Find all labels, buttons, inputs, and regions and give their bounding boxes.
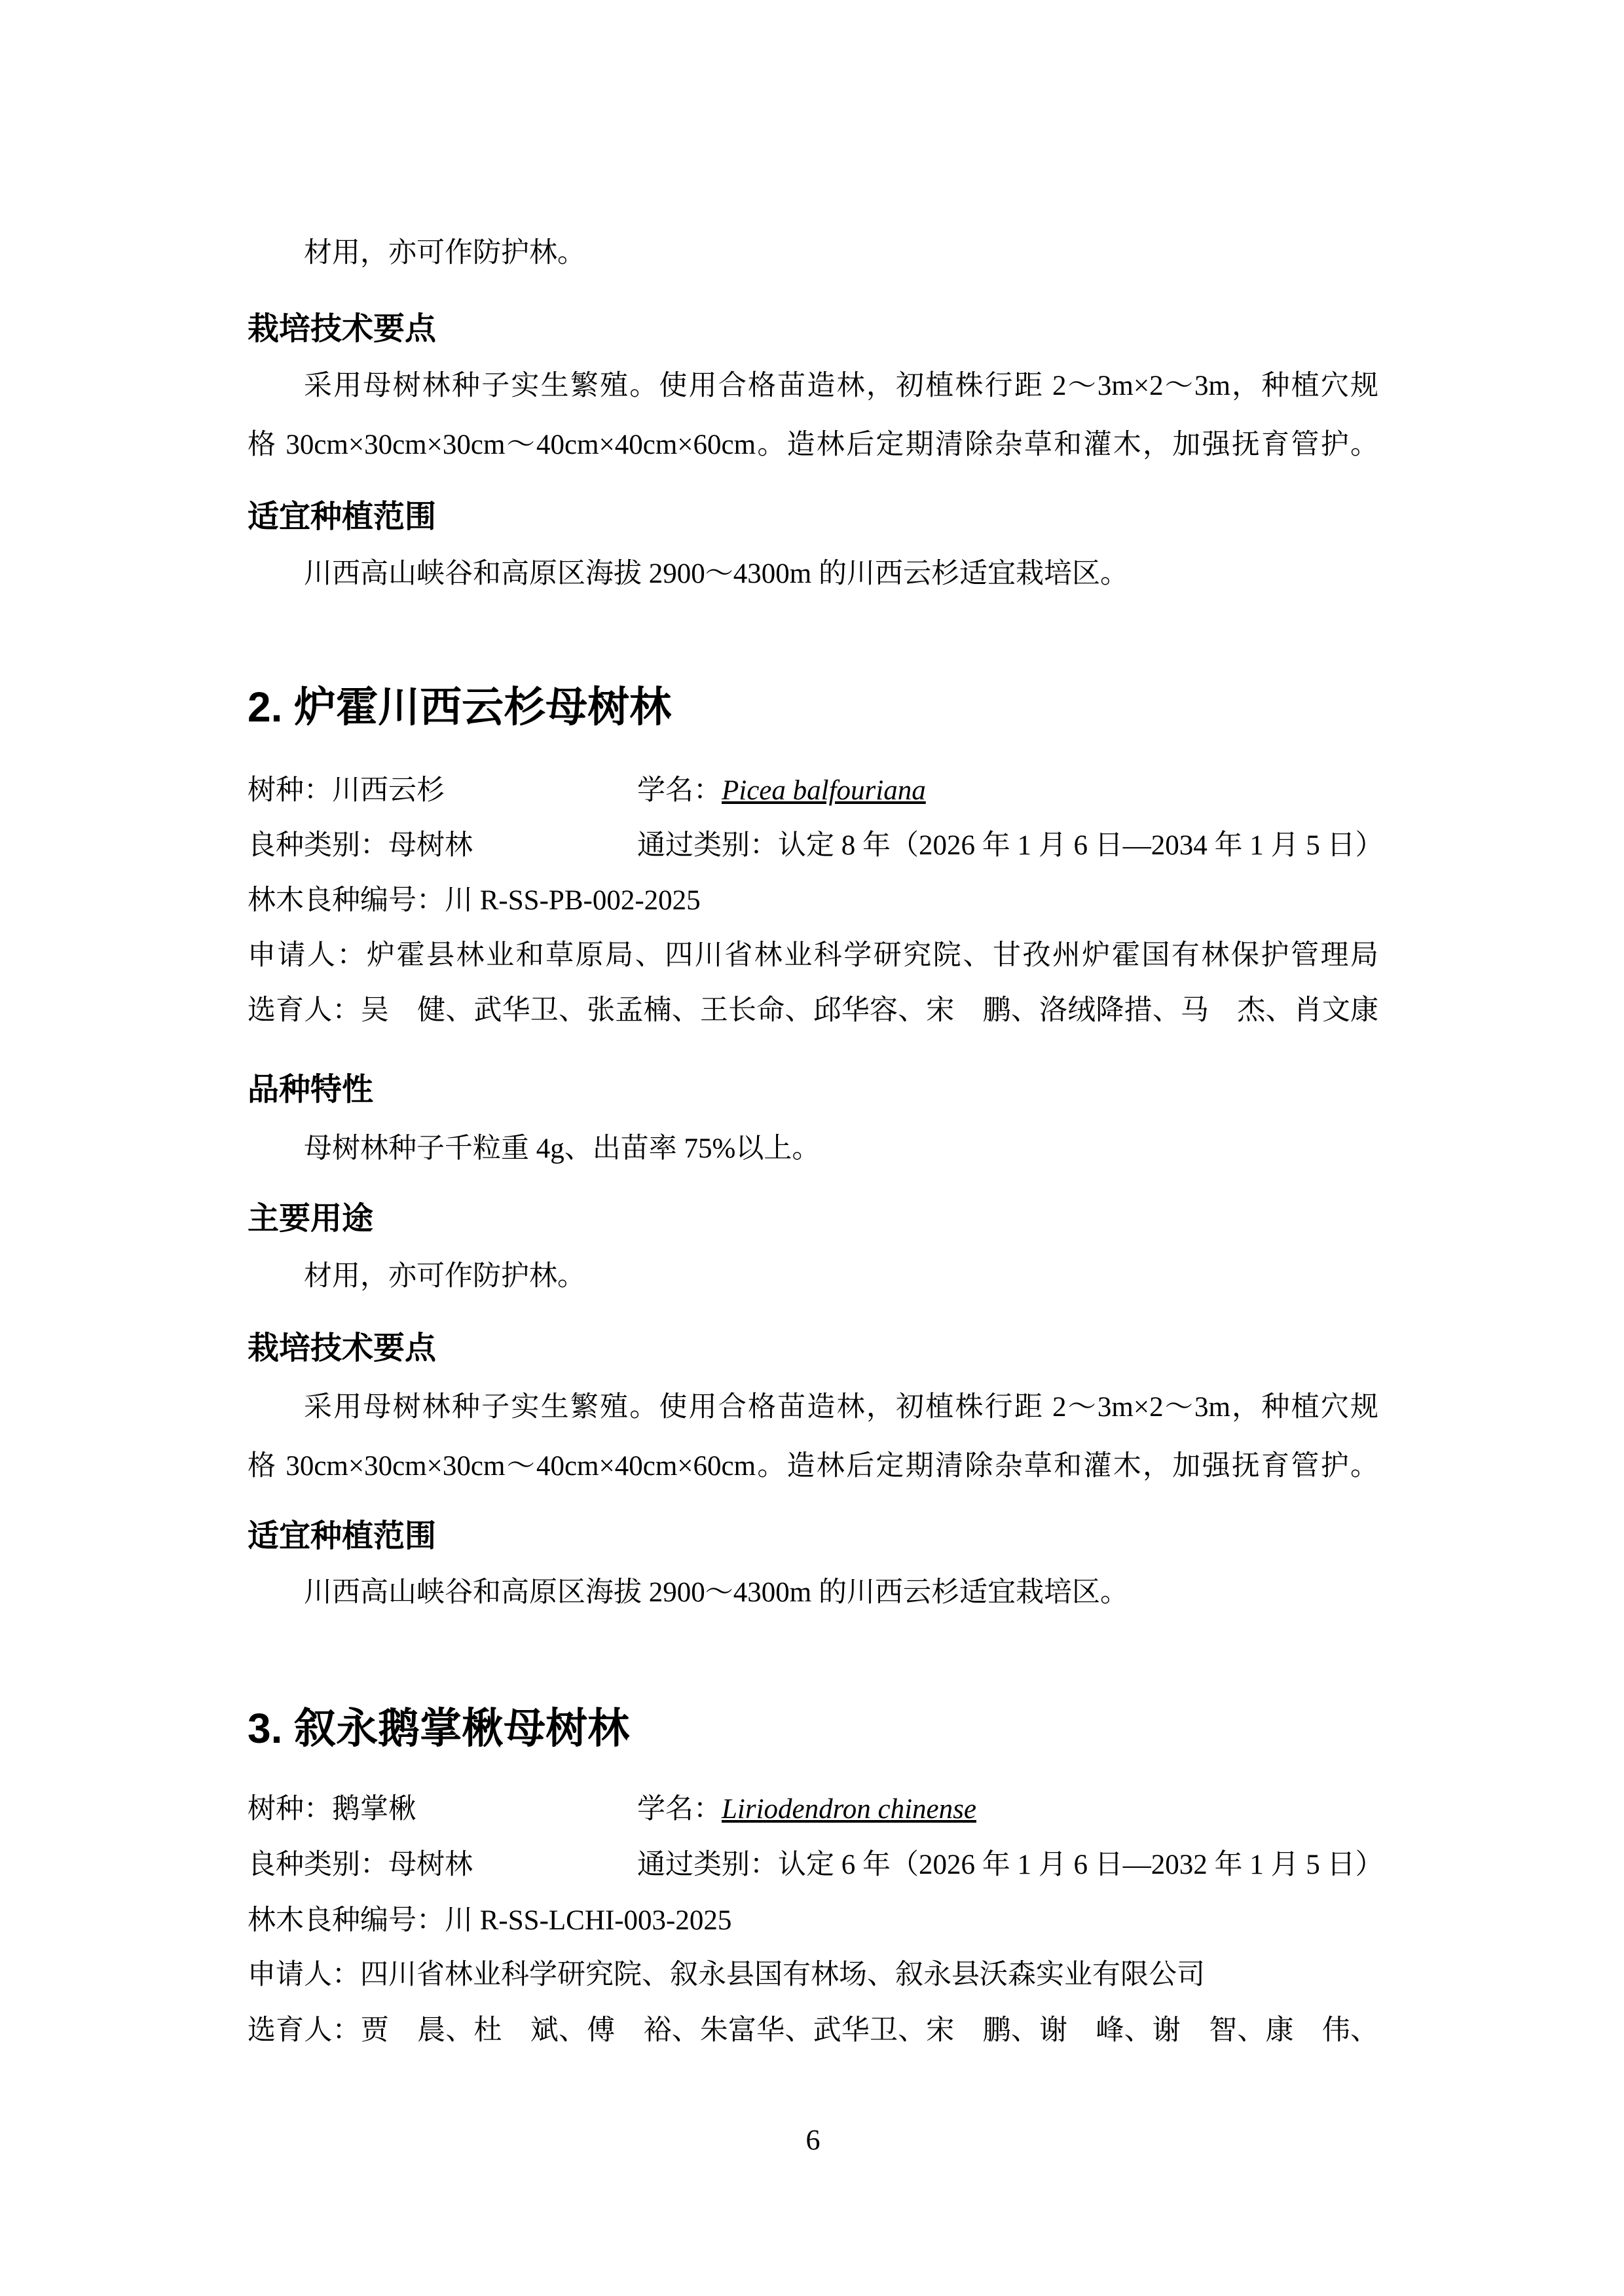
heading-cultivation-techniques: 栽培技术要点 [248,309,1378,350]
approval-category: 通过类别：认定 8 年（2026 年 1 月 6 日—2034 年 1 月 5 … [637,826,1384,866]
row-seed-code-entry-2: 林木良种编号：川 R-SS-PB-002-2025 [248,881,1378,920]
row-species-entry-2: 树种：川西云杉 学名：Picea balfouriana [248,771,1378,811]
heading-main-use: 主要用途 [248,1199,1378,1239]
page-content: 材用，亦可作防护林。 栽培技术要点 采用母树林种子实生繁殖。使用合格苗造林，初植… [0,0,1624,2160]
document-page: 材用，亦可作防护林。 栽培技术要点 采用母树林种子实生繁殖。使用合格苗造林，初植… [0,0,1624,2296]
variety-category: 良种类别：母树林 [248,830,473,861]
row-species-entry-3: 树种：鹅掌楸 学名：Liriodendron chinense [248,1790,1378,1829]
heading-suitable-planting-range: 适宜种植范围 [248,497,1378,538]
scientific-name-value-3: Liriodendron chinense [722,1794,976,1825]
scientific-name-label-3: 学名： [637,1794,722,1825]
heading-suitable-planting-range-2: 适宜种植范围 [248,1516,1378,1557]
row-seed-code-entry-3: 林木良种编号：川 R-SS-LCHI-003-2025 [248,1901,1378,1941]
row-breeders-entry-3: 选育人：贾 晨、杜 斌、傅 裕、朱富华、武华卫、宋 鹏、谢 峰、谢 智、康 伟、 [248,2011,1378,2050]
scientific-name-entry-2: 学名：Picea balfouriana [637,771,926,811]
approval-category-3: 通过类别：认定 6 年（2026 年 1 月 6 日—2032 年 1 月 5 … [637,1846,1384,1885]
paragraph-suitable-planting-range: 川西高山峡谷和高原区海拔 2900～4300m 的川西云杉适宜栽培区。 [248,555,1378,594]
heading-variety-traits: 品种特性 [248,1070,1378,1110]
heading-entry-3: 3. 叙永鹅掌楸母树林 [248,1701,1378,1756]
row-breeders-entry-2: 选育人：吴 健、武华卫、张孟楠、王长命、邱华容、宋 鹏、洛绒降措、马 杰、肖文康 [248,991,1378,1030]
row-applicant-entry-2: 申请人：炉霍县林业和草原局、四川省林业科学研究院、甘孜州炉霍国有林保护管理局 [248,936,1378,975]
paragraph-cultivation-line2-entry-2: 格 30cm×30cm×30cm～40cm×40cm×60cm。造林后定期清除杂… [248,1447,1378,1486]
paragraph-suitable-planting-range-2: 川西高山峡谷和高原区海拔 2900～4300m 的川西云杉适宜栽培区。 [248,1573,1378,1613]
paragraph-variety-traits: 母树林种子千粒重 4g、出苗率 75%以上。 [248,1129,1378,1169]
species-label-value-3: 树种：鹅掌楸 [248,1794,416,1825]
paragraph-cultivation-line2: 格 30cm×30cm×30cm～40cm×40cm×60cm。造林后定期清除杂… [248,426,1378,465]
variety-category-3: 良种类别：母树林 [248,1850,473,1880]
row-category-entry-3: 良种类别：母树林 通过类别：认定 6 年（2026 年 1 月 6 日—2032… [248,1846,1378,1885]
species-label-value: 树种：川西云杉 [248,775,445,806]
scientific-name-value: Picea balfouriana [722,775,926,806]
page-number: 6 [248,2121,1378,2160]
paragraph-cultivation-line1-entry-2: 采用母树林种子实生繁殖。使用合格苗造林，初植株行距 2～3m×2～3m，种植穴规 [248,1388,1378,1427]
row-applicant-entry-3: 申请人：四川省林业科学研究院、叙永县国有林场、叙永县沃森实业有限公司 [248,1956,1378,1995]
heading-cultivation-techniques-2: 栽培技术要点 [248,1328,1378,1369]
paragraph-main-use-tail: 材用，亦可作防护林。 [248,234,1378,273]
scientific-name-entry-3: 学名：Liriodendron chinense [637,1790,976,1829]
paragraph-cultivation-line1: 采用母树林种子实生繁殖。使用合格苗造林，初植株行距 2～3m×2～3m，种植穴规 [248,367,1378,406]
heading-entry-2: 2. 炉霍川西云杉母树林 [248,680,1378,735]
paragraph-main-use: 材用，亦可作防护林。 [248,1257,1378,1296]
row-category-entry-2: 良种类别：母树林 通过类别：认定 8 年（2026 年 1 月 6 日—2034… [248,826,1378,866]
scientific-name-label: 学名： [637,775,722,806]
